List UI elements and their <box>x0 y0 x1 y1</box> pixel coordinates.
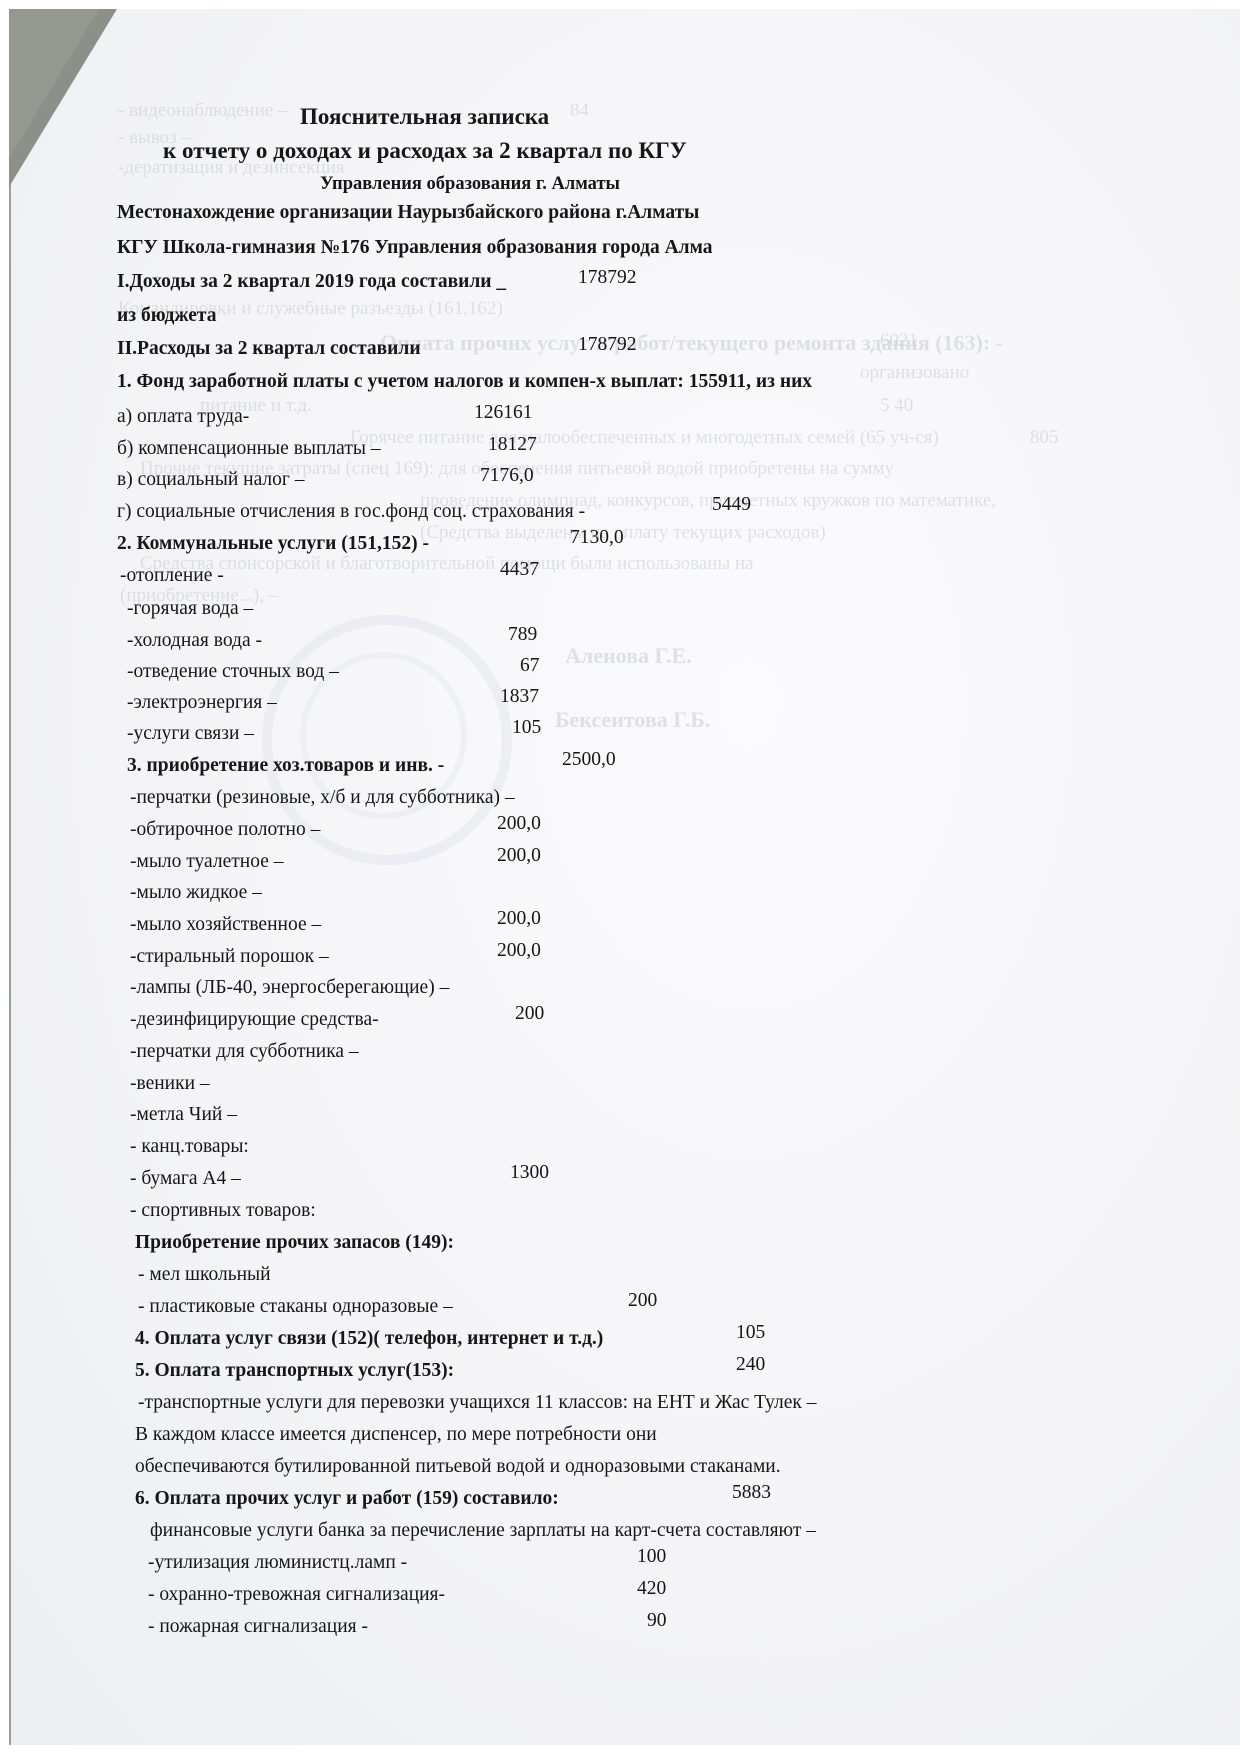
section-3-value: 2500,0 <box>562 748 616 772</box>
section-2-item-label: -холодная вода - <box>127 629 262 653</box>
section-3-item-label: -мыло хозяйственное – <box>130 913 321 937</box>
section-6-item-value: 90 <box>647 1609 667 1633</box>
section-3-item-value: 200 <box>515 1002 544 1026</box>
document-subtitle: к отчету о доходах и расходах за 2 кварт… <box>163 139 687 163</box>
ghost-value: 5 40 <box>880 395 913 417</box>
ghost-signature: Бексеитова Г.Б. <box>555 707 710 733</box>
section-3-item-label: -обтирочное полотно – <box>130 818 320 842</box>
ghost-signature: Аленова Г.Е. <box>565 643 692 669</box>
section-1-item-value: 7176,0 <box>480 464 534 488</box>
section-3-item-value: 200,0 <box>497 939 541 963</box>
section-6-item-label: -утилизация люминистц.ламп - <box>148 1551 407 1575</box>
organization-name: КГУ Школа-гимназия №176 Управления образ… <box>117 236 713 260</box>
section-2-item-label: -услуги связи – <box>127 722 254 746</box>
section-3-item-value: 1300 <box>510 1161 549 1185</box>
other-stocks-heading: Приобретение прочих запасов (149): <box>135 1231 454 1255</box>
ghost-line: Средства спонсорской и благотворительной… <box>140 553 754 575</box>
section-2-item-value: 67 <box>520 654 540 678</box>
income-value: 178792 <box>578 266 637 290</box>
folded-corner-highlight <box>9 9 99 159</box>
section-1-item-value: 126161 <box>474 401 533 425</box>
section-5-text: В каждом классе имеется диспенсер, по ме… <box>135 1423 657 1447</box>
section-3-item-label: -мыло жидкое – <box>130 881 262 905</box>
expenses-label: II.Расходы за 2 квартал составили <box>117 337 421 361</box>
section-3-item-label: -стиральный порошок – <box>130 945 329 969</box>
income-label: I.Доходы за 2 квартал 2019 года составил… <box>117 270 506 294</box>
other-stocks-item-label: - пластиковые стаканы одноразовые – <box>138 1295 453 1319</box>
section-3-item-label: -перчатки для субботника – <box>130 1040 359 1064</box>
section-6-value: 5883 <box>732 1481 771 1505</box>
section-3-item-label: -мыло туалетное – <box>130 850 284 874</box>
section-3-item-label: - канц.товары: <box>130 1135 249 1159</box>
ghost-value: 84 <box>570 100 589 122</box>
section-6-note: финансовые услуги банка за перечисление … <box>150 1519 816 1543</box>
section-2-value: 7130,0 <box>570 526 624 550</box>
section-5-value: 240 <box>736 1353 765 1377</box>
ghost-value: 805 <box>1030 427 1059 449</box>
section-2-item-label: -отопление - <box>120 564 224 588</box>
section-6-item-value: 420 <box>637 1577 666 1601</box>
section-5-text: -транспортные услуги для перевозки учащи… <box>138 1391 816 1415</box>
section-1-item-value: 5449 <box>712 493 751 517</box>
section-6-item-value: 100 <box>637 1545 666 1569</box>
section-2-item-value: 789 <box>508 623 537 647</box>
section-1-item-label: г) социальные отчисления в гос.фонд соц.… <box>117 500 585 524</box>
section-4-value: 105 <box>736 1321 765 1345</box>
section-3-heading: 3. приобретение хоз.товаров и инв. - <box>127 754 444 778</box>
section-1-item-label: а) оплата труда- <box>117 405 249 429</box>
section-2-item-value: 1837 <box>500 685 539 709</box>
section-6-item-label: - охранно-тревожная сигнализация- <box>148 1583 445 1607</box>
section-1-item-label: в) социальный налог – <box>117 468 305 492</box>
section-6-item-label: - пожарная сигнализация - <box>148 1615 368 1639</box>
section-3-item-label: -метла Чий – <box>130 1103 237 1127</box>
section-3-item-label: - бумага А4 – <box>130 1167 241 1191</box>
section-4-heading: 4. Оплата услуг связи (152)( телефон, ин… <box>135 1327 603 1351</box>
section-5-heading: 5. Оплата транспортных услуг(153): <box>135 1359 454 1383</box>
section-5-text: обеспечиваются бутилированной питьевой в… <box>135 1455 781 1479</box>
section-3-item-label: -дезинфицирующие средства- <box>130 1008 379 1032</box>
organization-location: Местонахождение организации Наурызбайско… <box>117 201 699 225</box>
document-title: Пояснительная записка <box>300 105 549 129</box>
section-6-heading: 6. Оплата прочих услуг и работ (159) сос… <box>135 1487 559 1511</box>
section-3-item-value: 200,0 <box>497 907 541 931</box>
ghost-value: 6021 <box>880 330 918 352</box>
section-3-item-value: 200,0 <box>497 812 541 836</box>
section-2-heading: 2. Коммунальные услуги (151,152) - <box>117 532 429 556</box>
section-1-item-value: 18127 <box>488 433 537 457</box>
section-1-item-label: б) компенсационные выплаты – <box>117 437 381 461</box>
section-3-item-value: 200,0 <box>497 844 541 868</box>
expenses-value: 178792 <box>578 333 637 357</box>
section-3-item-label: -лампы (ЛБ-40, энергосберегающие) – <box>130 976 449 1000</box>
ghost-line: Горячее питание для малообеспеченных и м… <box>350 427 939 449</box>
ghost-line: - видеонаблюдение – <box>118 100 287 122</box>
section-3-item-label: -веники – <box>130 1072 210 1096</box>
ghost-line: организовано <box>860 362 969 384</box>
section-2-item-value: 105 <box>512 716 541 740</box>
income-source: из бюджета <box>117 304 216 328</box>
other-stocks-item-value: 200 <box>628 1289 657 1313</box>
document-subtitle-2: Управления образования г. Алматы <box>320 172 620 196</box>
section-3-item-label: -перчатки (резиновые, х/б и для субботни… <box>130 786 515 810</box>
other-stocks-item-label: - мел школьный <box>138 1263 271 1287</box>
section-2-item-value: 4437 <box>500 558 539 582</box>
section-3-item-label: - спортивных товаров: <box>130 1199 316 1223</box>
section-2-item-label: -отведение сточных вод – <box>127 660 339 684</box>
section-2-item-label: -электроэнергия – <box>127 691 277 715</box>
section-1-heading: 1. Фонд заработной платы с учетом налого… <box>117 370 812 394</box>
section-2-item-label: -горячая вода – <box>127 597 253 621</box>
